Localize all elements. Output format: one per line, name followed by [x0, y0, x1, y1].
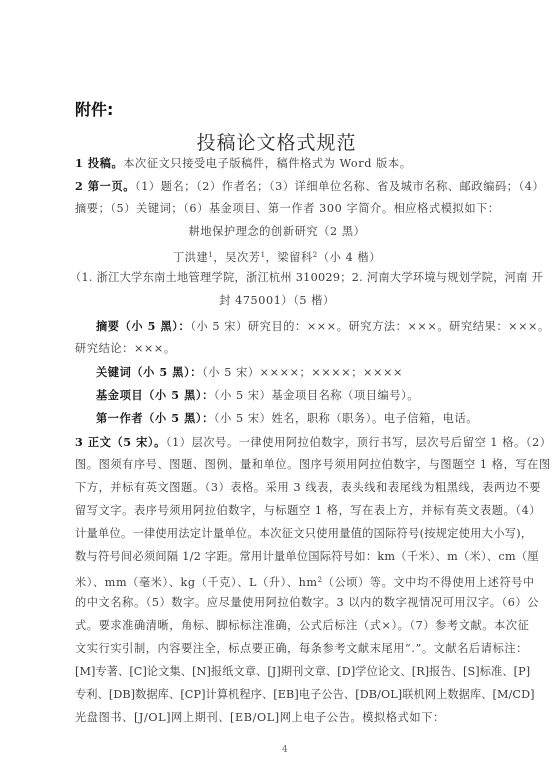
section-3-heading: 3 正文（5 宋）。 — [75, 435, 166, 449]
example-abstract-line-2: 研究结论：×××。 — [75, 341, 479, 357]
section-3-line-3: 下方，并标有英文图题。（3）表格。采用 3 线表，表头线和表尾线为粗黑线，表两边… — [75, 480, 479, 496]
document-page: 附件: 投稿论文格式规范 1 投稿。本次征文只接受电子版稿件，稿件格式为 Wor… — [0, 0, 553, 783]
keywords-label: 关键词（小 5 黑）： — [96, 365, 202, 379]
example-fund: 基金项目（小 5 黑）：（小 5 宋）基金项目名称（项目编号）。 — [96, 387, 479, 404]
first-author-label: 第一作者（小 5 黑）： — [96, 411, 214, 425]
section-3-line-1: 3 正文（5 宋）。（1）层次号。一律使用阿拉伯数字，顶行书写，层次号后留空 1… — [75, 434, 479, 451]
author-2: ，吴次芳 — [213, 251, 260, 264]
attachment-label: 附件: — [75, 97, 113, 120]
section-3-line-8: 的中文名称。（5）数字。应尽量使用阿拉伯数字。3 以内的数字视情况可用汉字。（6… — [75, 595, 479, 611]
example-first-author: 第一作者（小 5 黑）：（小 5 宋）姓名，职称（职务）。电子信箱，电话。 — [96, 410, 479, 427]
fund-text: （小 5 宋）基金项目名称（项目编号）。 — [214, 389, 419, 402]
section-2-heading: 2 第一页。 — [75, 179, 135, 193]
example-affiliation-line-1: （1. 浙江大学东南土地管理学院，浙江杭州 310029；2. 河南大学环境与规… — [70, 270, 484, 286]
section-1-text: 本次征文只接受电子版稿件，稿件格式为 Word 版本。 — [123, 157, 411, 170]
section-3-line-5: 计量单位。一律使用法定计量单位。本次征文只使用量值的国际符号(按规定使用大小写)… — [75, 526, 479, 542]
abstract-label: 摘要（小 5 黑）： — [96, 319, 190, 333]
example-affiliation-line-2: 封 475001）（5 楷） — [75, 293, 479, 309]
section-3-line-2: 图。图须有序号、图题、图例、量和单位。图序号须用阿拉伯数字，与图题空 1 格，写… — [75, 457, 479, 473]
section-3-line-4: 留写文字。表序号须用阿拉伯数字，与标题空 1 格，写在表上方，并标有英文表题。（… — [75, 503, 479, 519]
section-3-line-9: 式。要求准确清晰，角标、脚标标注准确，公式后标注（式×）。（7）参考文献。本次征 — [75, 618, 479, 634]
section-2-text-1: （1）题名；（2）作者名；（3）详细单位名称、省及城市名称、邮政编码；（4） — [135, 180, 544, 193]
section-2-line-2: 摘要；（5）关键词；（6）基金项目、第一作者 300 字简介。相应格式模拟如下： — [75, 201, 479, 217]
page-number: 4 — [282, 745, 288, 755]
example-authors: 丁洪建1，吴次芳1，梁留科2（小 4 楷） — [75, 247, 479, 266]
section-1-heading: 1 投稿。 — [75, 156, 123, 170]
example-paper-title: 耕地保护理念的创新研究（2 黑） — [75, 224, 479, 240]
fund-label: 基金项目（小 5 黑）： — [96, 388, 214, 402]
example-abstract-line-1: 摘要（小 5 黑）：（小 5 宋）研究目的：×××。研究方法：×××。研究结果：… — [96, 318, 479, 335]
section-3-line-13: 光盘图书、[J/OL]网上期刊、[EB/OL]网上电子公告。模拟格式如下： — [75, 710, 479, 726]
document-title: 投稿论文格式规范 — [0, 128, 553, 155]
first-author-text: （小 5 宋）姓名，职称（职务）。电子信箱，电话。 — [214, 412, 478, 425]
section-3-text-1: （1）层次号。一律使用阿拉伯数字，顶行书写，层次号后留空 1 格。（2） — [166, 436, 552, 449]
section-3-line-11: [M]专著、[C]论文集、[N]报纸文章、[J]期刊文章、[D]学位论文、[R]… — [75, 664, 479, 680]
section-3-text-7b: （公顷）等。文中均不得使用上述符号中 — [323, 576, 535, 589]
section-3-line-10: 文实行实引制，内容要注全，标点要正确，每条参考文献末尾用“.”。文献名后请标注： — [75, 641, 479, 657]
author-3: ，梁留科 — [266, 251, 313, 264]
example-keywords: 关键词（小 5 黑）：（小 5 宋）××××；××××；×××× — [96, 364, 479, 381]
abstract-text: （小 5 宋）研究目的：×××。研究方法：×××。研究结果：×××。 — [190, 320, 550, 333]
section-3-line-6: 数与符号间必须间隔 1/2 字距。常用计量单位国际符号如：km（千米）、m（米）… — [75, 549, 479, 565]
authors-format-note: （小 4 楷） — [318, 251, 381, 264]
section-2-line-1: 2 第一页。（1）题名；（2）作者名；（3）详细单位名称、省及城市名称、邮政编码… — [75, 178, 479, 195]
section-1-line: 1 投稿。本次征文只接受电子版稿件，稿件格式为 Word 版本。 — [75, 155, 479, 172]
keywords-text: （小 5 宋）××××；××××；×××× — [202, 366, 403, 379]
section-3-text-7a: 米）、mm（毫米）、kg（千克）、L（升）、hm — [75, 576, 318, 589]
section-3-line-7: 米）、mm（毫米）、kg（千克）、L（升）、hm2（公顷）等。文中均不得使用上述… — [75, 572, 479, 591]
author-1: 丁洪建 — [173, 251, 208, 264]
section-3-line-12: 专利、[DB]数据库、[CP]计算机程序、[EB]电子公告、[DB/OL]联机网… — [75, 687, 479, 703]
